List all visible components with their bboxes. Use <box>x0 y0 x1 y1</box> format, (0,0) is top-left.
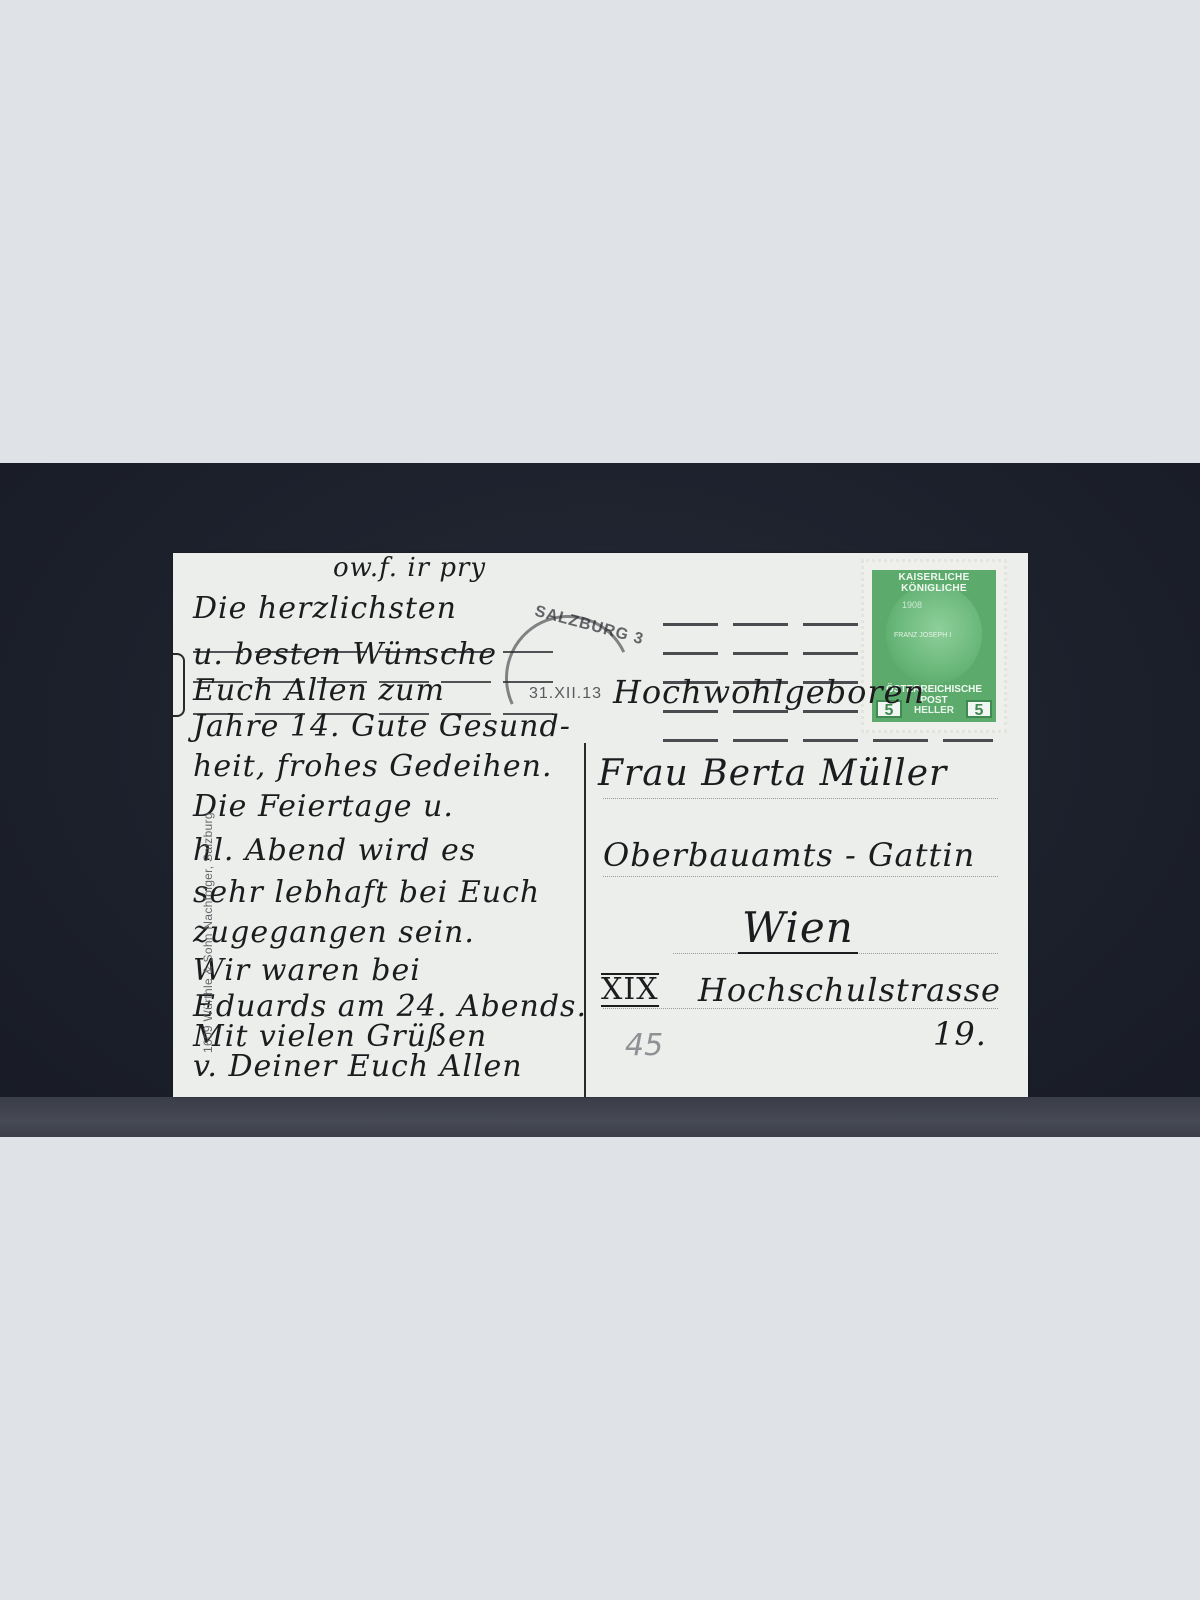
message-line: u. besten Wünsche <box>193 637 497 672</box>
address-district: XIX <box>601 973 659 1007</box>
address-dotted-line <box>603 876 998 877</box>
stamp-year: 1908 <box>902 600 922 610</box>
stamp-portrait-caption: FRANZ JOSEPH I <box>894 632 951 640</box>
address-dotted-line <box>603 798 998 799</box>
message-line: v. Deiner Euch Allen <box>193 1049 523 1084</box>
message-line: Wir waren bei <box>193 953 421 988</box>
address-number: 19. <box>933 1015 987 1053</box>
message-line: Euch Allen zum <box>193 673 445 708</box>
message-line: hl. Abend wird es <box>193 833 476 868</box>
stamp-value-right: 5 <box>966 700 992 718</box>
postmark-fragment <box>173 653 185 717</box>
postmark-date: 31.XII.13 <box>529 685 602 703</box>
stamp-top-text: KAISERLICHE KÖNIGLICHE <box>872 572 996 594</box>
address-line-2: Oberbauamts - Gattin <box>603 836 975 874</box>
message-line: ow.f. ir pry <box>333 553 486 583</box>
display-shelf <box>0 1097 1200 1137</box>
address-salutation: Hochwohlgeboren <box>613 673 925 711</box>
message-line: Jahre 14. Gute Gesund- <box>193 709 571 744</box>
address-street: Hochschulstrasse <box>698 971 1001 1009</box>
message-line: zugegangen sein. <box>193 915 475 950</box>
card-divider-line <box>584 743 586 1097</box>
pencil-note: 45 <box>625 1028 663 1063</box>
postcard: ow.f. ir pry Die herzlichsten u. besten … <box>173 553 1028 1097</box>
address-recipient: Frau Berta Müller <box>598 753 947 794</box>
address-city: Wien <box>738 903 858 954</box>
message-line: Die Feiertage u. <box>193 789 454 824</box>
publisher-imprint: 1609 Würthle & Sohn Nachfolger, Salzburg <box>201 812 215 1053</box>
message-line: heit, frohes Gedeihen. <box>193 749 553 784</box>
message-line: Die herzlichsten <box>193 591 457 626</box>
message-line: sehr lebhaft bei Euch <box>193 875 540 910</box>
